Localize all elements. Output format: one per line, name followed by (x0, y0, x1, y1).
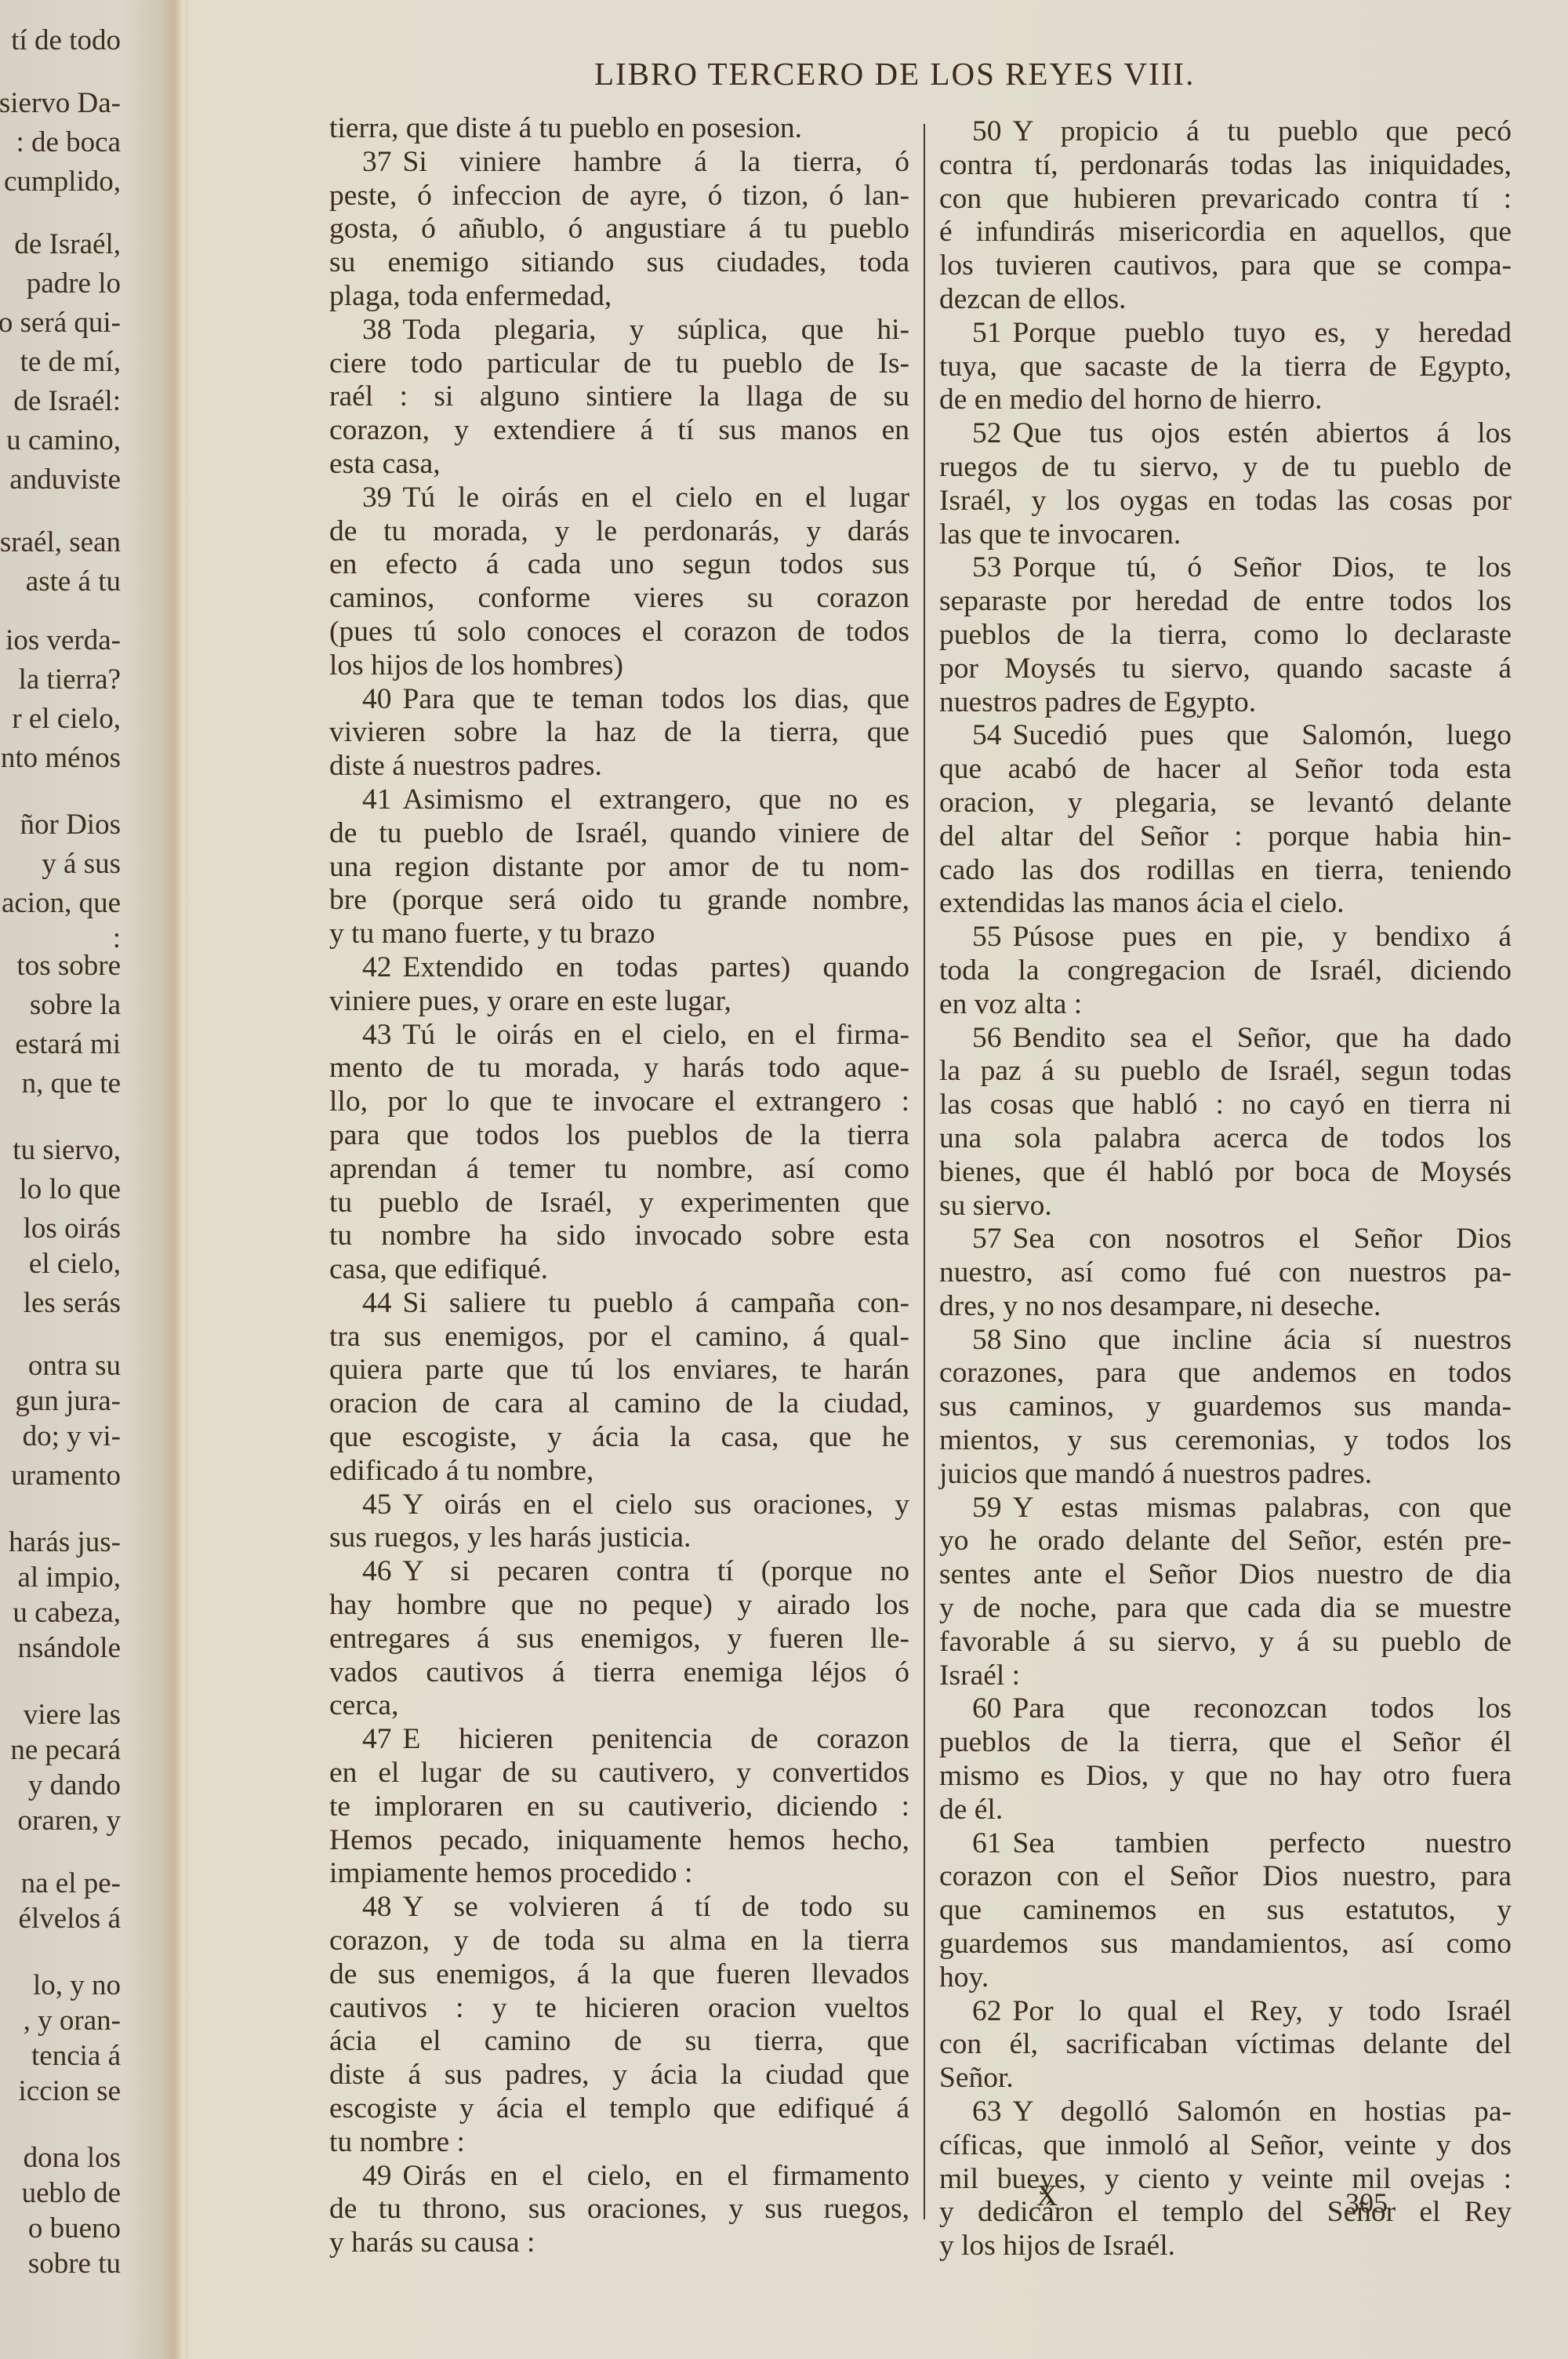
text-line: sentes ante el Señor Dios nuestro de dia (939, 1558, 1512, 1592)
verse-number: 52 (972, 417, 1002, 449)
verse-text: aprendan á temer tu nombre, así como (329, 1153, 909, 1185)
page-number: 305 (1345, 2186, 1388, 2219)
verse-number: 46 (362, 1555, 392, 1587)
verse-text: tu nombre ha sido invocado sobre esta (329, 1219, 909, 1252)
text-line: aprendan á temer tu nombre, así como (329, 1153, 909, 1187)
verse-text: Porque tú, ó Señor Dios, te los (1013, 551, 1512, 583)
text-line: hay hombre que no peque) y airado los (329, 1589, 909, 1623)
verse-text: en efecto á cada uno segun todos sus (329, 548, 909, 580)
verse-text: corazon, y extendiere á tí sus manos en (329, 414, 909, 446)
verse-text: guardemos sus mandamientos, así como (939, 1928, 1512, 1960)
text-line: y tu mano fuerte, y tu brazo (329, 918, 909, 951)
left-page-fragment: iccion se (19, 2074, 121, 2108)
text-line: peste, ó infeccion de ayre, ó tizon, ó l… (329, 180, 909, 213)
left-page-fragment: nsándole (17, 1631, 121, 1665)
verse-text: que caminemos en sus estatutos, y (939, 1894, 1512, 1926)
left-page-fragment: u cabeza, (13, 1596, 121, 1630)
verse-number: 63 (972, 2095, 1002, 2128)
verse-number: 56 (972, 1022, 1002, 1054)
text-line: gosta, ó añublo, ó angustiare á tu puebl… (329, 213, 909, 246)
verse-text: plaga, toda enfermedad, (329, 280, 612, 312)
verse-text: en el lugar de su cautivero, y convertid… (329, 1757, 909, 1789)
verse-text: la paz á su pueblo de Israél, segun toda… (939, 1055, 1512, 1087)
verse-number: 50 (972, 115, 1002, 147)
text-line: tierra, que diste á tu pueblo en posesio… (329, 112, 909, 146)
text-line: una region distante por amor de tu nom- (329, 851, 909, 885)
verse-text: de tu morada, y le perdonarás, y darás (329, 515, 909, 547)
verse-text: diste á sus padres, y ácia la ciudad que (329, 2059, 909, 2091)
left-page-fragment: harás jus- (9, 1525, 121, 1559)
text-line: caminos, conforme vieres su corazon (329, 582, 909, 616)
verse-text: toda la congregacion de Israél, diciendo (939, 954, 1512, 987)
text-line: edificado á tu nombre, (329, 1455, 909, 1488)
verse-text: corazones, para que andemos en todos (939, 1357, 1512, 1389)
verse-start-line: 55Púsose pues en pie, y bendixo á (939, 921, 1512, 954)
text-line: tu nombre ha sido invocado sobre esta (329, 1219, 909, 1253)
facing-left-page: tí de todosiervo Da-: de bocacumplido,de… (0, 0, 174, 2359)
left-page-fragment: lo lo que (20, 1172, 121, 1206)
text-line: cíficas, que inmoló al Señor, veinte y d… (939, 2129, 1512, 2163)
text-line: con que hubieren prevaricado contra tí : (939, 183, 1512, 216)
verse-text: é infundirás misericordia en aquellos, q… (939, 216, 1512, 248)
text-line: y harás su causa : (329, 2226, 909, 2260)
verse-text: contra tí, perdonarás todas las iniquida… (939, 149, 1512, 181)
text-column-left: tierra, que diste á tu pueblo en posesio… (329, 112, 909, 2260)
text-line: extendidas las manos ácia el cielo. (939, 887, 1512, 921)
text-line: de tu morada, y le perdonarás, y darás (329, 515, 909, 549)
left-page-fragment: el cielo, (29, 1247, 121, 1281)
text-line: y dedicáron el templo del Señor el Rey (939, 2196, 1512, 2230)
text-line: que caminemos en sus estatutos, y (939, 1894, 1512, 1928)
signature-mark: X (1036, 2179, 1058, 2213)
text-line: los hijos de los hombres) (329, 649, 909, 683)
text-line: plaga, toda enfermedad, (329, 280, 909, 314)
verse-text: bre (porque será oido tu grande nombre, (329, 884, 909, 916)
verse-number: 59 (972, 1492, 1002, 1524)
verse-text: mismo es Dios, y que no hay otro fuera (939, 1760, 1512, 1792)
text-line: diste á nuestros padres. (329, 750, 909, 783)
verse-text: de sus enemigos, á la que fueren llevado… (329, 1958, 909, 1990)
verse-text: quiera parte que tú los enviares, te har… (329, 1354, 909, 1386)
verse-text: Bendito sea el Señor, que ha dado (1013, 1022, 1512, 1054)
verse-start-line: 60Para que reconozcan todos los (939, 1692, 1512, 1726)
text-line: é infundirás misericordia en aquellos, q… (939, 216, 1512, 249)
text-line: en voz alta : (939, 988, 1512, 1022)
text-line: Señor. (939, 2062, 1512, 2095)
verse-start-line: 44Si saliere tu pueblo á campaña con- (329, 1287, 909, 1321)
left-page-fragment: los oirás (24, 1212, 121, 1245)
verse-text: su enemigo sitiando sus ciudades, toda (329, 246, 909, 278)
text-line: su enemigo sitiando sus ciudades, toda (329, 246, 909, 280)
text-line: impiamente hemos procedido : (329, 1857, 909, 1891)
text-line: dres, y no nos desampare, ni deseche. (939, 1290, 1512, 1324)
verse-start-line: 53Porque tú, ó Señor Dios, te los (939, 551, 1512, 585)
verse-text: Oirás en el cielo, en el firmamento (403, 2160, 910, 2192)
text-line: oracion, y plegaria, se levantó delante (939, 787, 1512, 820)
verse-start-line: 58Sino que incline ácia sí nuestros (939, 1324, 1512, 1358)
text-line: llo, por lo que te invocare el extranger… (329, 1085, 909, 1119)
verse-text: Porque pueblo tuyo es, y heredad (1013, 317, 1512, 349)
text-line: del altar del Señor : porque habia hin- (939, 820, 1512, 854)
verse-text: y harás su causa : (329, 2226, 535, 2259)
verse-start-line: 47E hicieren penitencia de corazon (329, 1723, 909, 1757)
left-page-fragment: la tierra? (19, 663, 121, 696)
verse-number: 37 (362, 146, 392, 178)
left-page-fragment: aste á tu (26, 565, 121, 598)
text-line: escogiste y ácia el templo que edifiqué … (329, 2092, 909, 2126)
verse-text: oracion, y plegaria, se levantó delante (939, 787, 1512, 819)
verse-text: que escogiste, y ácia la casa, que he (329, 1421, 909, 1453)
text-line: tu pueblo de Israél, y experimenten que (329, 1187, 909, 1220)
verse-number: 38 (362, 314, 392, 346)
left-page-fragment: al impio, (17, 1561, 121, 1594)
left-page-fragment: tu siervo, (13, 1133, 121, 1167)
text-line: y de noche, para que cada dia se muestre (939, 1592, 1512, 1626)
verse-text: para que todos los pueblos de la tierra (329, 1119, 909, 1151)
verse-number: 62 (972, 1995, 1002, 2027)
verse-text: y de noche, para que cada dia se muestre (939, 1592, 1512, 1624)
verse-text: escogiste y ácia el templo que edifiqué … (329, 2092, 909, 2125)
text-line: tuya, que sacaste de la tierra de Egypto… (939, 351, 1512, 384)
left-page-fragment: padre lo (27, 267, 121, 300)
verse-text: diste á nuestros padres. (329, 750, 602, 782)
text-line: raél : si alguno sintiere la llaga de su (329, 380, 909, 414)
verse-number: 47 (362, 1723, 392, 1755)
text-line: en el lugar de su cautivero, y convertid… (329, 1757, 909, 1790)
text-line: la paz á su pueblo de Israél, segun toda… (939, 1055, 1512, 1089)
left-page-fragment: do; y vi- (23, 1419, 121, 1453)
text-line: tra sus enemigos, por el camino, á qual- (329, 1321, 909, 1354)
verse-text: bienes, que él habló por boca de Moysés (939, 1156, 1512, 1188)
verse-text: Y estas mismas palabras, con que (1013, 1492, 1512, 1524)
left-page-fragment: r el cielo, (12, 702, 121, 736)
verse-text: Sino que incline ácia sí nuestros (1013, 1324, 1512, 1356)
verse-start-line: 43Tú le oirás en el cielo, en el firma- (329, 1019, 909, 1052)
verse-text: peste, ó infeccion de ayre, ó tizon, ó l… (329, 180, 909, 212)
text-column-right: 50Y propicio á tu pueblo que pecócontra … (939, 115, 1512, 2263)
verse-start-line: 56Bendito sea el Señor, que ha dado (939, 1022, 1512, 1056)
text-line: ruegos de tu siervo, y de tu pueblo de (939, 451, 1512, 485)
verse-text: Señor. (939, 2062, 1014, 2094)
text-line: mismo es Dios, y que no hay otro fuera (939, 1760, 1512, 1794)
left-page-fragment: oraren, y (18, 1804, 122, 1837)
verse-text: mientos, y sus ceremonias, y todos los (939, 1424, 1512, 1456)
verse-text: Para que reconozcan todos los (1013, 1692, 1512, 1725)
verse-text: impiamente hemos procedido : (329, 1857, 692, 1889)
verse-text: Y si pecaren contra tí (porque no (403, 1555, 910, 1587)
verse-text: yo he orado delante del Señor, estén pre… (939, 1525, 1512, 1557)
text-line: viniere pues, y orare en este lugar, (329, 985, 909, 1019)
text-line: por Moysés tu siervo, quando sacaste á (939, 652, 1512, 686)
verse-text: Y se volvieren á tí de todo su (403, 1891, 910, 1923)
verse-text: que acabó de hacer al Señor toda esta (939, 753, 1512, 785)
verse-text: las cosas que habló : no cayó en tierra … (939, 1089, 1512, 1121)
verse-text: por Moysés tu siervo, quando sacaste á (939, 652, 1512, 685)
text-line: ciere todo particular de tu pueblo de Is… (329, 347, 909, 381)
verse-text: Israél, y los oygas en todas las cosas p… (939, 485, 1512, 517)
text-line: diste á sus padres, y ácia la ciudad que (329, 2059, 909, 2092)
left-page-fragment: sobre la (30, 988, 121, 1022)
left-page-fragment: tos sobre (16, 949, 121, 983)
left-page-fragment: de Israél: (13, 384, 121, 418)
verse-text: Toda plegaria, y súplica, que hi- (403, 314, 910, 346)
verse-start-line: 41Asimismo el extrangero, que no es (329, 783, 909, 817)
left-page-fragment: lo, y no (33, 1968, 121, 2002)
left-page-fragment: sobre tu (28, 2247, 121, 2281)
verse-start-line: 59Y estas mismas palabras, con que (939, 1492, 1512, 1525)
text-line: de tu throno, sus oraciones, y sus ruego… (329, 2193, 909, 2226)
verse-text: te imploraren en su cautiverio, diciendo… (329, 1790, 909, 1823)
verse-text: ruegos de tu siervo, y de tu pueblo de (939, 451, 1512, 483)
text-line: cautivos : y te hicieren oracion vueltos (329, 1992, 909, 2026)
verse-text: de en medio del horno de hierro. (939, 383, 1322, 416)
verse-number: 57 (972, 1223, 1002, 1255)
verse-text: de tu throno, sus oraciones, y sus ruego… (329, 2193, 909, 2225)
verse-text: su siervo. (939, 1190, 1052, 1222)
verse-text: con él, sacrificaban víctimas delante de… (939, 2028, 1512, 2060)
verse-text: oracion de cara al camino de la ciudad, (329, 1387, 909, 1419)
verse-text: tra sus enemigos, por el camino, á qual- (329, 1321, 909, 1353)
verse-start-line: 63Y degolló Salomón en hostias pa- (939, 2095, 1512, 2129)
verse-text: Tú le oirás en el cielo, en el firma- (403, 1019, 910, 1051)
verse-text: vados cautivos á tierra enemiga léjos ó (329, 1656, 909, 1688)
left-page-fragment: estará mi (15, 1027, 121, 1061)
left-page-fragment: na el pe- (21, 1866, 121, 1900)
verse-text: raél : si alguno sintiere la llaga de su (329, 380, 909, 413)
verse-text: entregares á sus enemigos, y fueren lle- (329, 1623, 909, 1655)
verse-text: nuestro, así como fué con nuestros pa- (939, 1256, 1512, 1289)
verse-text: los hijos de los hombres) (329, 649, 623, 682)
left-page-fragment: anduviste (9, 463, 121, 496)
verse-start-line: 61Sea tambien perfecto nuestro (939, 1827, 1512, 1861)
verse-text: y dedicáron el templo del Señor el Rey (939, 2196, 1512, 2228)
verse-text: juicios que mandó á nuestros padres. (939, 1458, 1372, 1490)
left-page-fragment: de Israél, (14, 227, 121, 261)
verse-text: una sola palabra acerca de todos los (939, 1122, 1512, 1154)
verse-text: corazon, y de toda su alma en la tierra (329, 1925, 909, 1957)
text-line: una sola palabra acerca de todos los (939, 1122, 1512, 1156)
verse-text: de tu pueblo de Israél, quando viniere d… (329, 817, 909, 849)
text-line: vados cautivos á tierra enemiga léjos ó (329, 1656, 909, 1690)
verse-text: Que tus ojos estén abiertos á los (1013, 417, 1512, 449)
verse-text: corazon con el Señor Dios nuestro, para (939, 1860, 1512, 1892)
left-page-fragment: les serás (24, 1286, 121, 1320)
text-line: las que te invocaren. (939, 518, 1512, 552)
verse-text: Y degolló Salomón en hostias pa- (1013, 2095, 1512, 2128)
verse-text: esta casa, (329, 448, 441, 480)
verse-text: del altar del Señor : porque habia hin- (939, 820, 1512, 852)
verse-start-line: 45Y oirás en el cielo sus oraciones, y (329, 1488, 909, 1522)
verse-text: sus caminos, y guardemos sus manda- (939, 1390, 1512, 1423)
verse-text: dezcan de ellos. (939, 283, 1126, 315)
verse-text: cíficas, que inmoló al Señor, veinte y d… (939, 2129, 1512, 2161)
text-line: y los hijos de Israél. (939, 2230, 1512, 2263)
verse-number: 54 (972, 719, 1002, 751)
verse-start-line: 49Oirás en el cielo, en el firmamento (329, 2160, 909, 2194)
book-gutter (174, 0, 188, 2359)
verse-text: Extendido en todas partes) quando (403, 951, 910, 983)
text-line: en efecto á cada uno segun todos sus (329, 548, 909, 582)
verse-text: ciere todo particular de tu pueblo de Is… (329, 347, 909, 380)
verse-text: cautivos : y te hicieren oracion vueltos (329, 1992, 909, 2024)
left-page-fragment: dona los (24, 2141, 121, 2175)
text-line: de él. (939, 1794, 1512, 1827)
verse-number: 60 (972, 1692, 1002, 1725)
text-line: entregares á sus enemigos, y fueren lle- (329, 1623, 909, 1656)
text-line: mento de tu morada, y harás todo aque- (329, 1052, 909, 1085)
verse-text: nuestros padres de Egypto. (939, 686, 1256, 718)
left-page-fragment: o será qui- (0, 306, 121, 340)
text-line: para que todos los pueblos de la tierra (329, 1119, 909, 1153)
verse-text: Asimismo el extrangero, que no es (403, 783, 910, 816)
verse-start-line: 40Para que te teman todos los dias, que (329, 683, 909, 717)
verse-number: 51 (972, 317, 1002, 349)
verse-text: pueblos de la tierra, que el Señor él (939, 1726, 1512, 1758)
left-page-fragment: u camino, (6, 423, 121, 457)
verse-start-line: 48Y se volvieren á tí de todo su (329, 1891, 909, 1925)
verse-text: viniere pues, y orare en este lugar, (329, 985, 731, 1017)
text-line: yo he orado delante del Señor, estén pre… (939, 1525, 1512, 1558)
verse-text: y tu mano fuerte, y tu brazo (329, 918, 655, 950)
text-line: Hemos pecado, iniquamente hemos hecho, (329, 1824, 909, 1858)
column-divider-rule (924, 124, 925, 2219)
text-line: dezcan de ellos. (939, 283, 1512, 317)
verse-text: las que te invocaren. (939, 518, 1181, 551)
verse-start-line: 62Por lo qual el Rey, y todo Israél (939, 1995, 1512, 2029)
text-line: corazon, y extendiere á tí sus manos en (329, 414, 909, 448)
left-page-fragment: , y oran- (24, 2004, 121, 2037)
text-line: nuestros padres de Egypto. (939, 686, 1512, 720)
verse-number: 48 (362, 1891, 392, 1923)
verse-text: una region distante por amor de tu nom- (329, 851, 909, 883)
text-line: nuestro, así como fué con nuestros pa- (939, 1256, 1512, 1290)
verse-text: extendidas las manos ácia el cielo. (939, 887, 1344, 919)
verse-text: cado las dos rodillas en tierra, teniend… (939, 854, 1512, 886)
verse-text: sus ruegos, y les harás justicia. (329, 1521, 691, 1554)
verse-text: llo, por lo que te invocare el extranger… (329, 1085, 909, 1118)
left-page-fragment: tí de todo (11, 24, 121, 57)
text-line: cado las dos rodillas en tierra, teniend… (939, 854, 1512, 888)
verse-text: Para que te teman todos los dias, que (403, 683, 910, 715)
verse-text: Israél : (939, 1659, 1020, 1692)
text-line: corazones, para que andemos en todos (939, 1357, 1512, 1390)
verse-text: caminos, conforme vieres su corazon (329, 582, 909, 614)
text-line: juicios que mandó á nuestros padres. (939, 1458, 1512, 1492)
text-line: tu nombre : (329, 2126, 909, 2160)
text-line: oracion de cara al camino de la ciudad, (329, 1387, 909, 1421)
text-line: quiera parte que tú los enviares, te har… (329, 1354, 909, 1387)
left-page-fragment: ios verda- (5, 623, 121, 657)
text-line: te imploraren en su cautiverio, diciendo… (329, 1790, 909, 1824)
left-page-fragment: y dando (28, 1768, 121, 1802)
text-line: guardemos sus mandamientos, así como (939, 1928, 1512, 1961)
text-line: las cosas que habló : no cayó en tierra … (939, 1089, 1512, 1122)
verse-number: 41 (362, 783, 392, 816)
verse-text: tierra, que diste á tu pueblo en posesio… (329, 112, 802, 144)
text-line: separaste por heredad de entre todos los (939, 585, 1512, 619)
text-line: corazon, y de toda su alma en la tierra (329, 1925, 909, 1958)
text-line: que acabó de hacer al Señor toda esta (939, 753, 1512, 787)
verse-text: Púsose pues en pie, y bendixo á (1013, 921, 1512, 953)
verse-text: hay hombre que no peque) y airado los (329, 1589, 909, 1621)
left-page-fragment: gun jura- (15, 1384, 121, 1418)
verse-start-line: 37Si viniere hambre á la tierra, ó (329, 146, 909, 180)
verse-number: 40 (362, 683, 392, 715)
text-line: mil bueyes, y ciento y veinte mil ovejas… (939, 2163, 1512, 2197)
text-line: favorable á su siervo, y á su pueblo de (939, 1626, 1512, 1659)
left-page-fragment: viere las (24, 1698, 121, 1732)
verse-text: Y oirás en el cielo sus oraciones, y (403, 1488, 910, 1521)
verse-number: 44 (362, 1287, 392, 1319)
verse-text: (pues tú solo conoces el corazon de todo… (329, 616, 909, 648)
left-page-fragment: uramento (11, 1459, 121, 1492)
left-page-fragment: sraél, sean (0, 525, 121, 559)
verse-text: Hemos pecado, iniquamente hemos hecho, (329, 1824, 909, 1856)
left-page-fragment: nto ménos (1, 741, 121, 775)
verse-text: gosta, ó añublo, ó angustiare á tu puebl… (329, 213, 909, 245)
verse-number: 42 (362, 951, 392, 983)
text-line: pueblos de la tierra, que el Señor él (939, 1726, 1512, 1760)
verse-text: vivieren sobre la haz de la tierra, que (329, 716, 909, 748)
left-page-fragment: n, que te (22, 1067, 121, 1100)
text-line: (pues tú solo conoces el corazon de todo… (329, 616, 909, 649)
text-line: de tu pueblo de Israél, quando viniere d… (329, 817, 909, 851)
verse-text: de él. (939, 1794, 1003, 1826)
text-line: los tuvieren cautivos, para que se compa… (939, 249, 1512, 283)
verse-text: Sea tambien perfecto nuestro (1013, 1827, 1512, 1859)
verse-number: 49 (362, 2160, 392, 2192)
verse-text: E hicieren penitencia de corazon (403, 1723, 910, 1755)
text-line: de sus enemigos, á la que fueren llevado… (329, 1958, 909, 1992)
verse-start-line: 50Y propicio á tu pueblo que pecó (939, 115, 1512, 149)
text-line: sus ruegos, y les harás justicia. (329, 1521, 909, 1555)
verse-text: mento de tu morada, y harás todo aque- (329, 1052, 909, 1084)
text-line: que escogiste, y ácia la casa, que he (329, 1421, 909, 1455)
verse-text: edificado á tu nombre, (329, 1455, 593, 1487)
text-line: vivieren sobre la haz de la tierra, que (329, 716, 909, 750)
text-line: bre (porque será oido tu grande nombre, (329, 884, 909, 918)
text-line: ácia el camino de su tierra, que (329, 2025, 909, 2059)
verse-text: con que hubieren prevaricado contra tí : (939, 183, 1512, 215)
left-page-fragment: cumplido, (4, 165, 121, 198)
verse-number: 58 (972, 1324, 1002, 1356)
text-line: sus caminos, y guardemos sus manda- (939, 1390, 1512, 1424)
verse-number: 39 (362, 482, 392, 514)
left-page-fragment: ueblo de (22, 2176, 121, 2210)
verse-text: Tú le oirás en el cielo en el lugar (403, 482, 910, 514)
verse-text: sentes ante el Señor Dios nuestro de dia (939, 1558, 1512, 1590)
left-page-fragment: : de boca (16, 125, 121, 159)
verse-text: Si viniere hambre á la tierra, ó (403, 146, 910, 178)
verse-start-line: 38Toda plegaria, y súplica, que hi- (329, 314, 909, 347)
verse-start-line: 52Que tus ojos estén abiertos á los (939, 417, 1512, 451)
verse-text: y los hijos de Israél. (939, 2230, 1175, 2262)
verse-text: Sea con nosotros el Señor Dios (1013, 1223, 1512, 1255)
text-line: esta casa, (329, 448, 909, 482)
left-page-fragment: ne pecará (10, 1733, 121, 1767)
left-page-fragment: ontra su (28, 1349, 121, 1383)
running-head: LIBRO TERCERO DE LOS REYES VIII. (594, 55, 1378, 93)
verse-start-line: 46Y si pecaren contra tí (porque no (329, 1555, 909, 1589)
text-line: pueblos de la tierra, como lo declaraste (939, 619, 1512, 652)
text-line: Israél, y los oygas en todas las cosas p… (939, 485, 1512, 518)
verse-text: Y propicio á tu pueblo que pecó (1013, 115, 1512, 147)
verse-text: Si saliere tu pueblo á campaña con- (403, 1287, 910, 1319)
verse-start-line: 42Extendido en todas partes) quando (329, 951, 909, 985)
left-page-fragment: y á sus (42, 847, 121, 881)
text-line: mientos, y sus ceremonias, y todos los (939, 1424, 1512, 1458)
verse-text: mil bueyes, y ciento y veinte mil ovejas… (939, 2163, 1512, 2195)
